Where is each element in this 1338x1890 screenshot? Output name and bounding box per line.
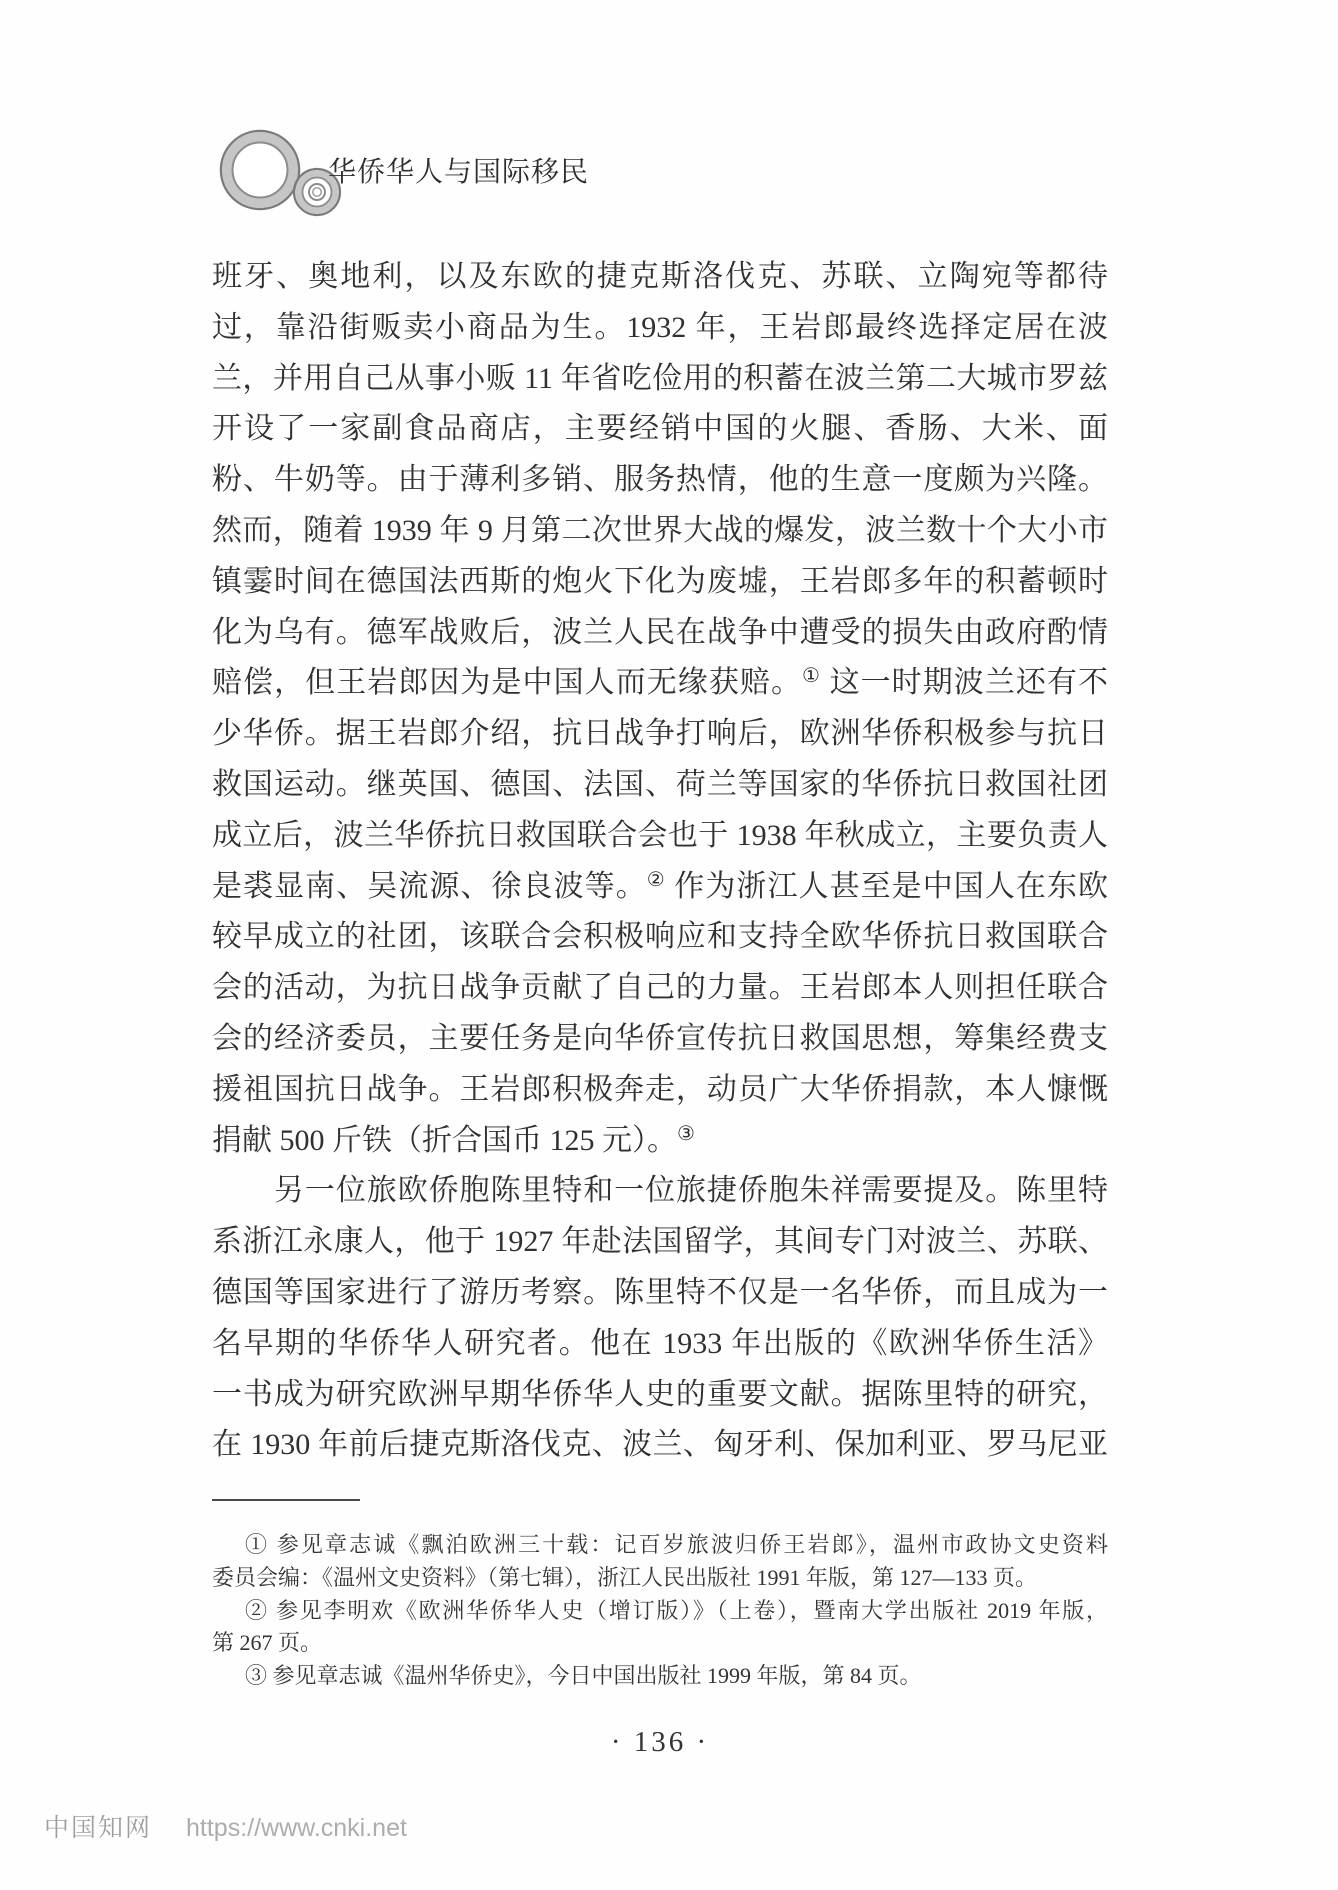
footnote-line: ① 参见章志诚《飘泊欧洲三十载：记百岁旅波归侨王岩郎》，温州市政协文史资料 [212, 1529, 1108, 1562]
body-line: 在 1930 年前后捷克斯洛伐克、波兰、匈牙利、保加利亚、罗马尼亚 [212, 1420, 1108, 1471]
body-line: 名早期的华侨华人研究者。他在 1933 年出版的《欧洲华侨生活》 [212, 1319, 1108, 1370]
body-line: 粉、牛奶等。由于薄利多销、服务热情，他的生意一度颇为兴隆。 [212, 455, 1108, 506]
watermark: 中国知网 https://www.cnki.net [44, 1808, 407, 1844]
body-line: 赔偿，但王岩郎因为是中国人而无缘获赔。① 这一时期波兰还有不 [212, 658, 1108, 709]
footnote-line: ② 参见李明欢《欧洲华侨华人史（增订版）》（上卷），暨南大学出版社 2019 年… [212, 1595, 1108, 1628]
footnote-line: 委员会编：《温州文史资料》（第七辑），浙江人民出版社 1991 年版，第 127… [212, 1562, 1108, 1595]
footnotes: ① 参见章志诚《飘泊欧洲三十载：记百岁旅波归侨王岩郎》，温州市政协文史资料委员会… [212, 1529, 1108, 1693]
body-line: 捐献 500 斤铁（折合国币 125 元）。③ [212, 1116, 1108, 1167]
footnote-ref: ② [647, 869, 666, 891]
body-line: 一书成为研究欧洲早期华侨华人史的重要文献。据陈里特的研究， [212, 1370, 1108, 1421]
page-header-title: 华侨华人与国际移民 [328, 150, 589, 190]
watermark-brand: 中国知网 [44, 1808, 152, 1844]
footnote-divider [212, 1499, 360, 1501]
body-line: 少华侨。据王岩郎介绍，抗日战争打响后，欧洲华侨积极参与抗日 [212, 709, 1108, 760]
footnote-line: 第 267 页。 [212, 1627, 1108, 1660]
footnote-line: ③ 参见章志诚《温州华侨史》，今日中国出版社 1999 年版，第 84 页。 [212, 1660, 1108, 1693]
body-line: 另一位旅欧侨胞陈里特和一位旅捷侨胞朱祥需要提及。陈里特 [212, 1166, 1108, 1217]
body-line: 会的活动，为抗日战争贡献了自己的力量。王岩郎本人则担任联合 [212, 963, 1108, 1014]
body-line: 开设了一家副食品商店，主要经销中国的火腿、香肠、大米、面 [212, 404, 1108, 455]
footnote-ref: ③ [677, 1123, 695, 1145]
watermark-url: https://www.cnki.net [186, 1814, 407, 1843]
body-line: 然而，随着 1939 年 9 月第二次世界大战的爆发，波兰数十个大小市 [212, 506, 1108, 557]
body-line: 化为乌有。德军战败后，波兰人民在战争中遭受的损失由政府酌情 [212, 608, 1108, 659]
body-line: 过，靠沿街贩卖小商品为生。1932 年，王岩郎最终选择定居在波 [212, 303, 1108, 354]
body-line: 班牙、奥地利，以及东欧的捷克斯洛伐克、苏联、立陶宛等都待 [212, 252, 1108, 303]
footnote-ref: ① [802, 665, 821, 687]
document-page: 华侨华人与国际移民 班牙、奥地利，以及东欧的捷克斯洛伐克、苏联、立陶宛等都待过，… [0, 0, 1338, 1890]
body-line: 成立后，波兰华侨抗日救国联合会也于 1938 年秋成立，主要负责人 [212, 811, 1108, 862]
rings-logo-icon [218, 124, 346, 220]
body-line: 系浙江永康人，他于 1927 年赴法国留学，其间专门对波兰、苏联、 [212, 1217, 1108, 1268]
body-line: 会的经济委员，主要任务是向华侨宣传抗日救国思想，筹集经费支 [212, 1014, 1108, 1065]
body-line: 较早成立的社团，该联合会积极响应和支持全欧华侨抗日救国联合 [212, 912, 1108, 963]
body-line: 兰，并用自己从事小贩 11 年省吃俭用的积蓄在波兰第二大城市罗兹 [212, 354, 1108, 405]
page-number: · 136 · [212, 1726, 1108, 1759]
body-line: 镇霎时间在德国法西斯的炮火下化为废墟，王岩郎多年的积蓄顿时 [212, 557, 1108, 608]
body-line: 援祖国抗日战争。王岩郎积极奔走，动员广大华侨捐款，本人慷慨 [212, 1065, 1108, 1116]
body-line: 救国运动。继英国、德国、法国、荷兰等国家的华侨抗日救国社团 [212, 760, 1108, 811]
body-text: 班牙、奥地利，以及东欧的捷克斯洛伐克、苏联、立陶宛等都待过，靠沿街贩卖小商品为生… [212, 252, 1108, 1471]
body-line: 是裘显南、吴流源、徐良波等。② 作为浙江人甚至是中国人在东欧 [212, 862, 1108, 913]
body-line: 德国等国家进行了游历考察。陈里特不仅是一名华侨，而且成为一 [212, 1268, 1108, 1319]
